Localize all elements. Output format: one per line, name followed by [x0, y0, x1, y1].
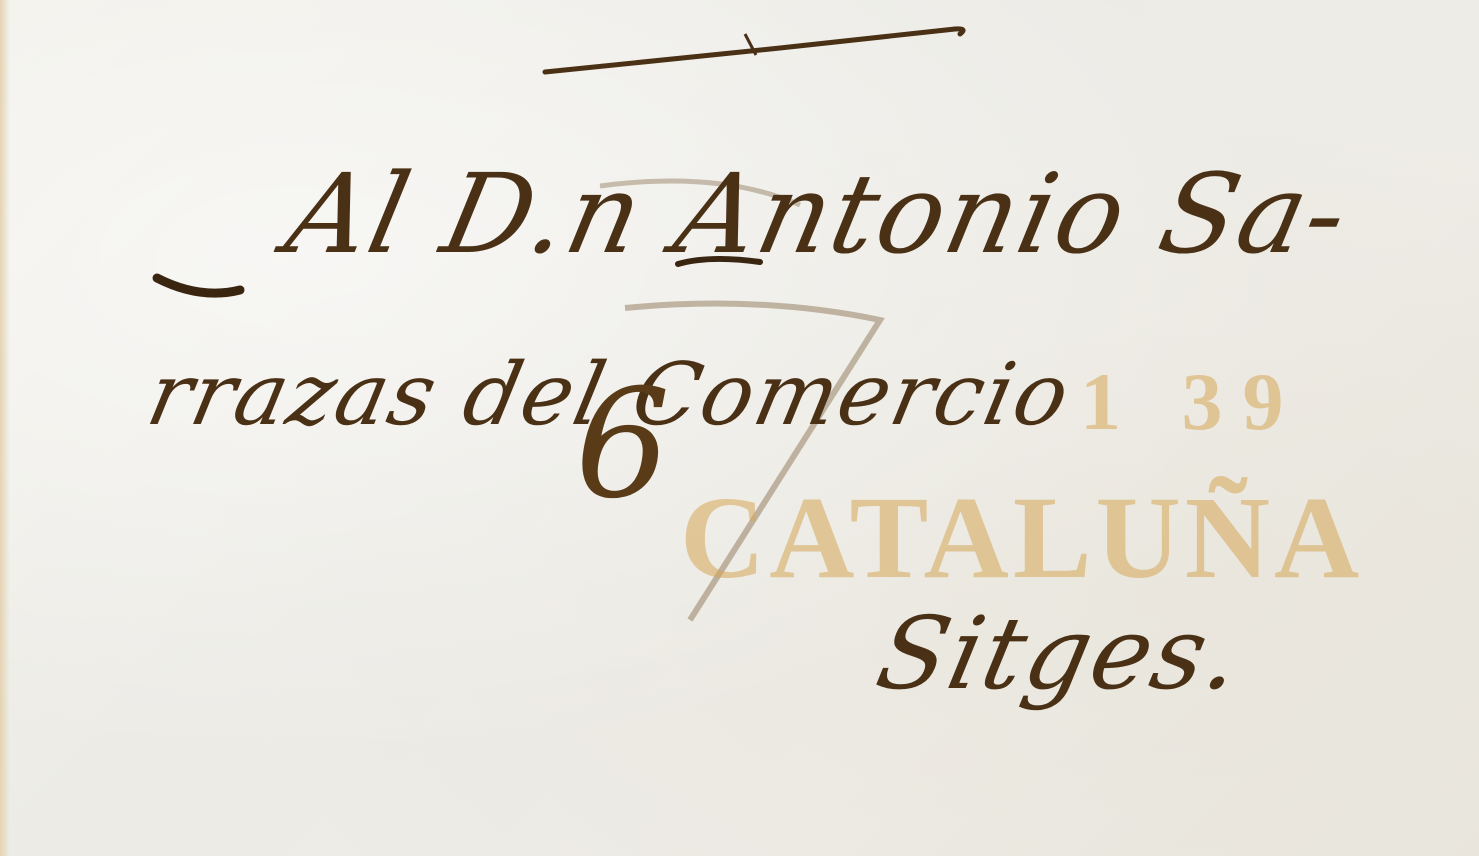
envelope-front: 1 39 CATALUÑA Al D.n Antonio Sa- rrazas …	[0, 0, 1479, 856]
postmark-region: CATALUÑA	[680, 470, 1363, 606]
rate-mark-small: 6	[575, 370, 670, 520]
address-line-city: Sitges.	[868, 595, 1254, 712]
postmark-number: 1 39	[1080, 355, 1304, 449]
address-line-recipient: Al D.n Antonio Sa-	[276, 150, 1360, 278]
